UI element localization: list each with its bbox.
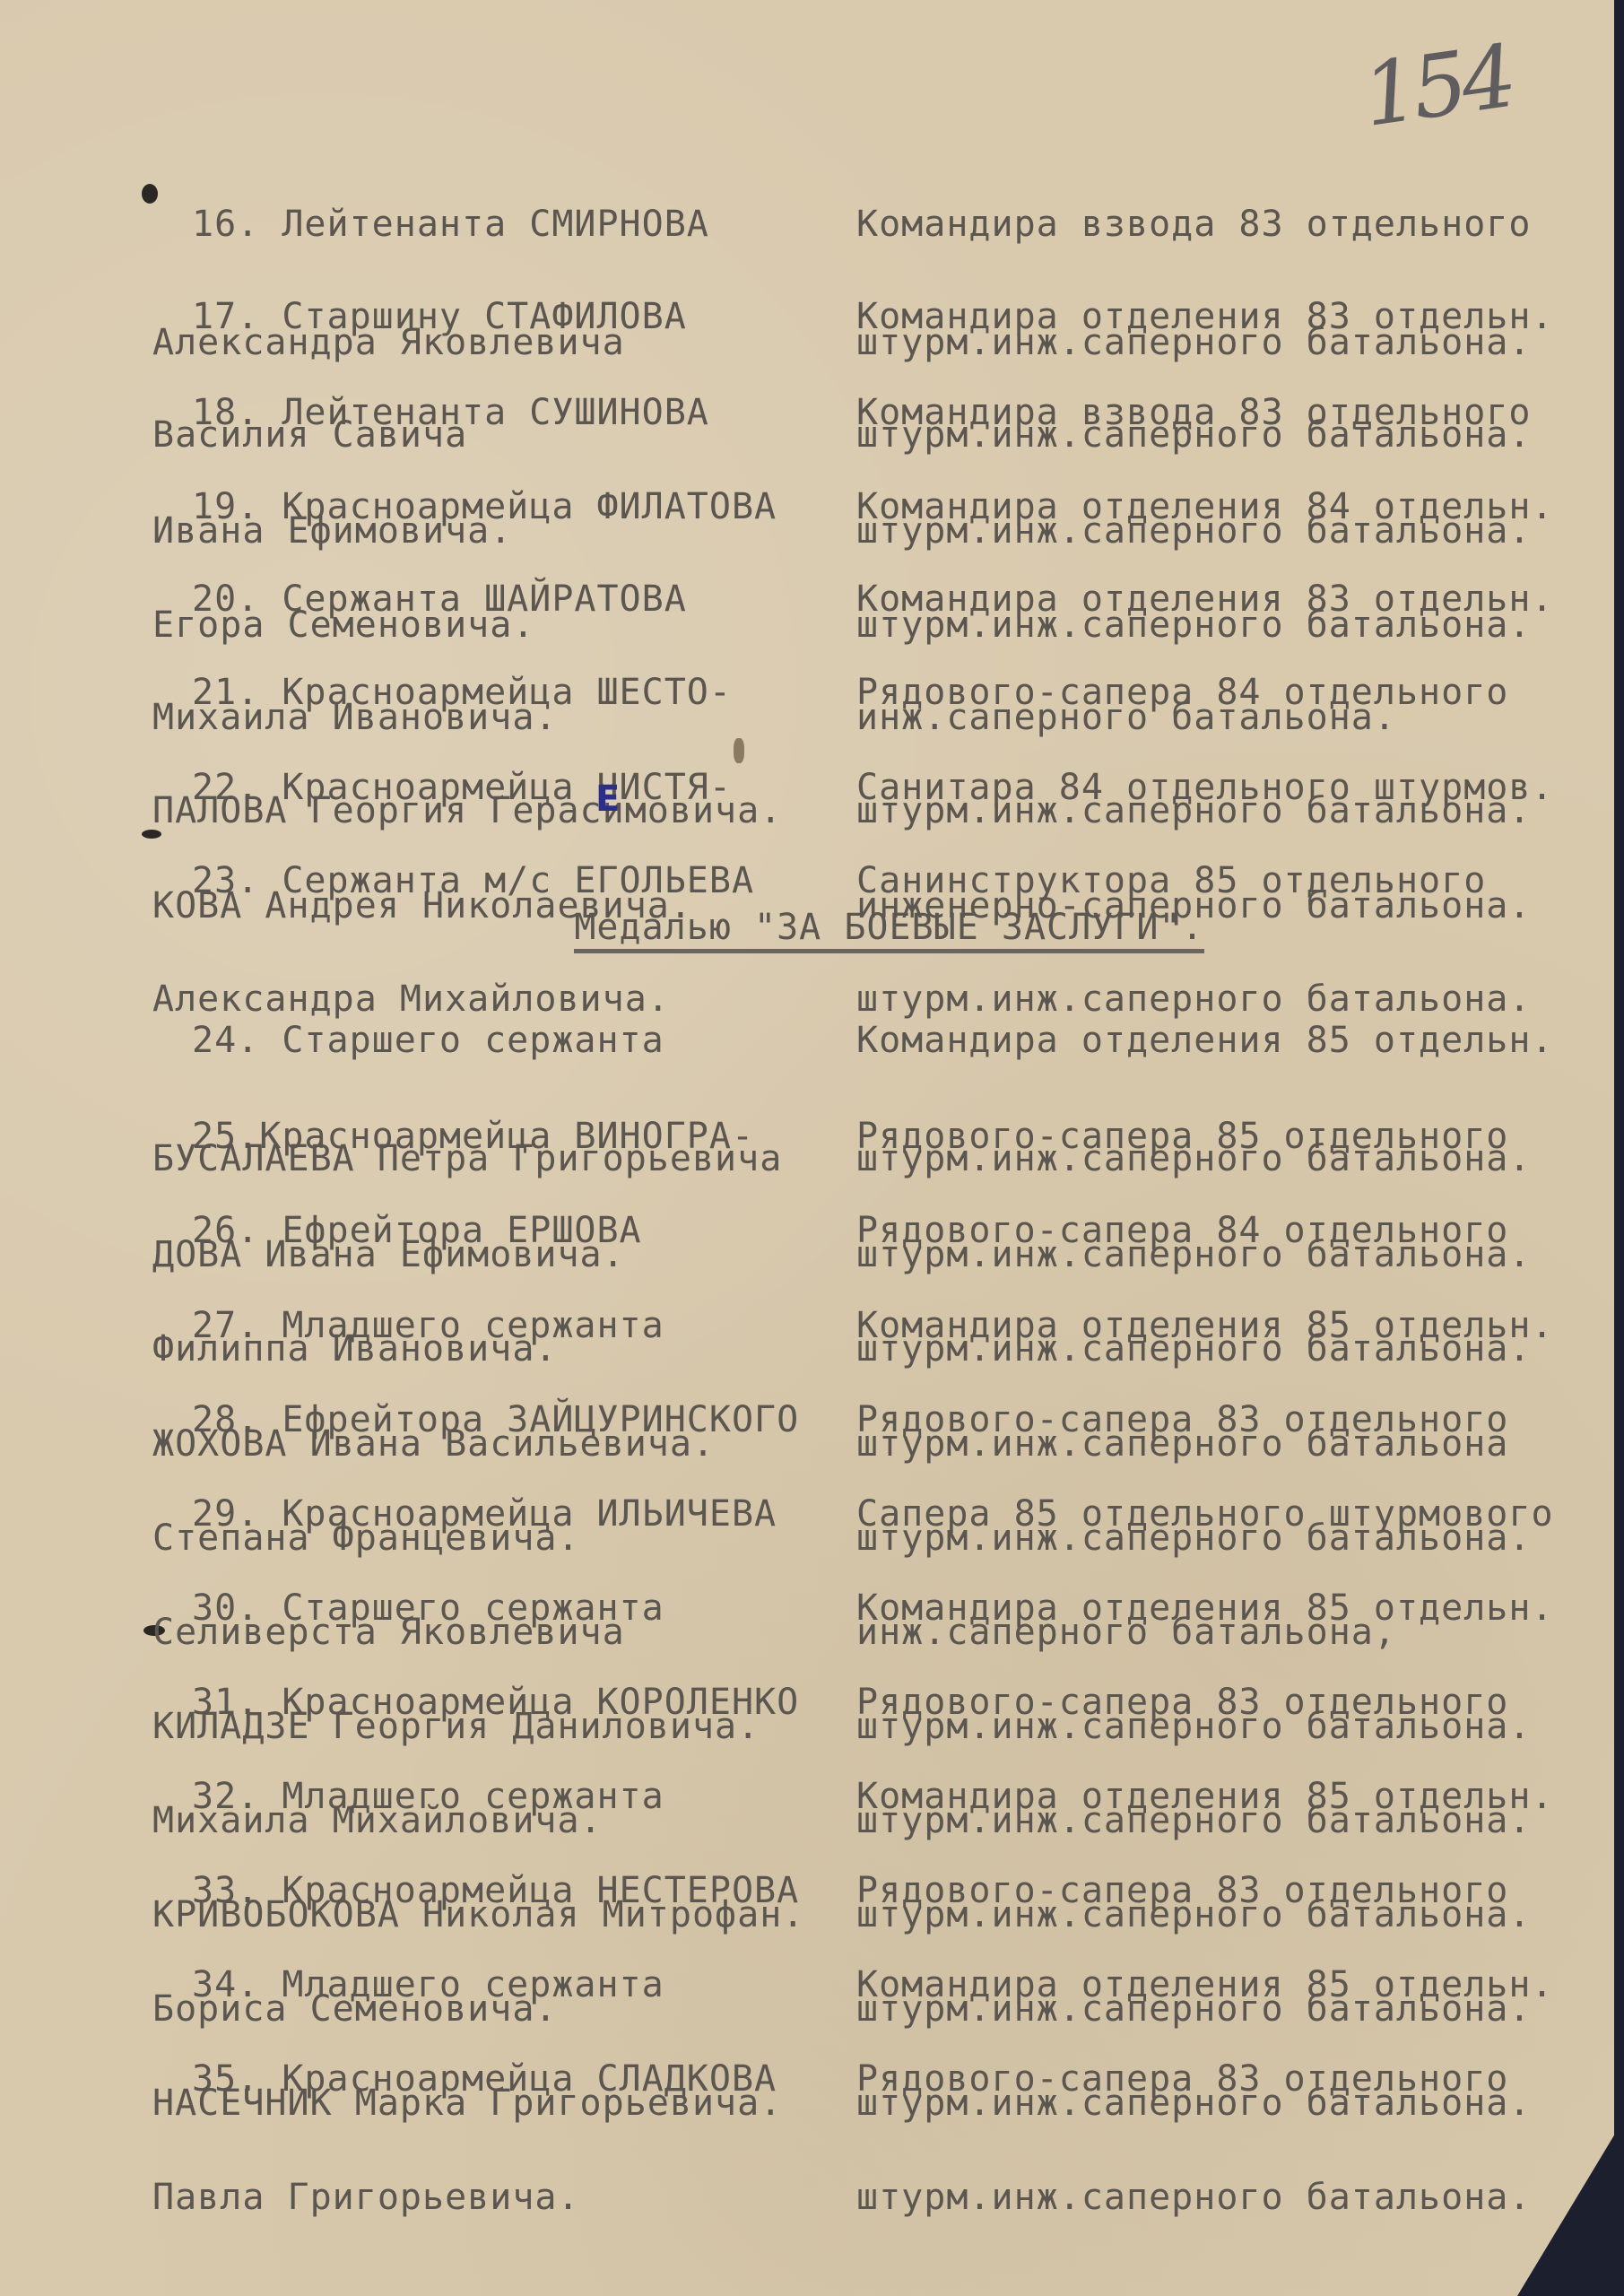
recipient-rank-surname: 35. Красноармейца СЛАДКОВА bbox=[152, 2059, 834, 2099]
blue-ink-letter: Е bbox=[595, 778, 620, 820]
document-page: 154 16. Лейтенанта СМИРНОВА Александра Я… bbox=[0, 0, 1614, 2296]
position-line-2: штурм.инж.саперного батальона. bbox=[856, 2178, 1574, 2217]
position-line-1: Рядового-сапера 83 отдельного bbox=[856, 2059, 1574, 2099]
recipient-given-names: Павла Григорьевича. bbox=[152, 2178, 834, 2217]
recipient-name: 35. Красноармейца СЛАДКОВА Павла Григорь… bbox=[152, 1980, 834, 2296]
recipient-position: Рядового-сапера 83 отдельного штурм.инж.… bbox=[856, 1980, 1574, 2296]
